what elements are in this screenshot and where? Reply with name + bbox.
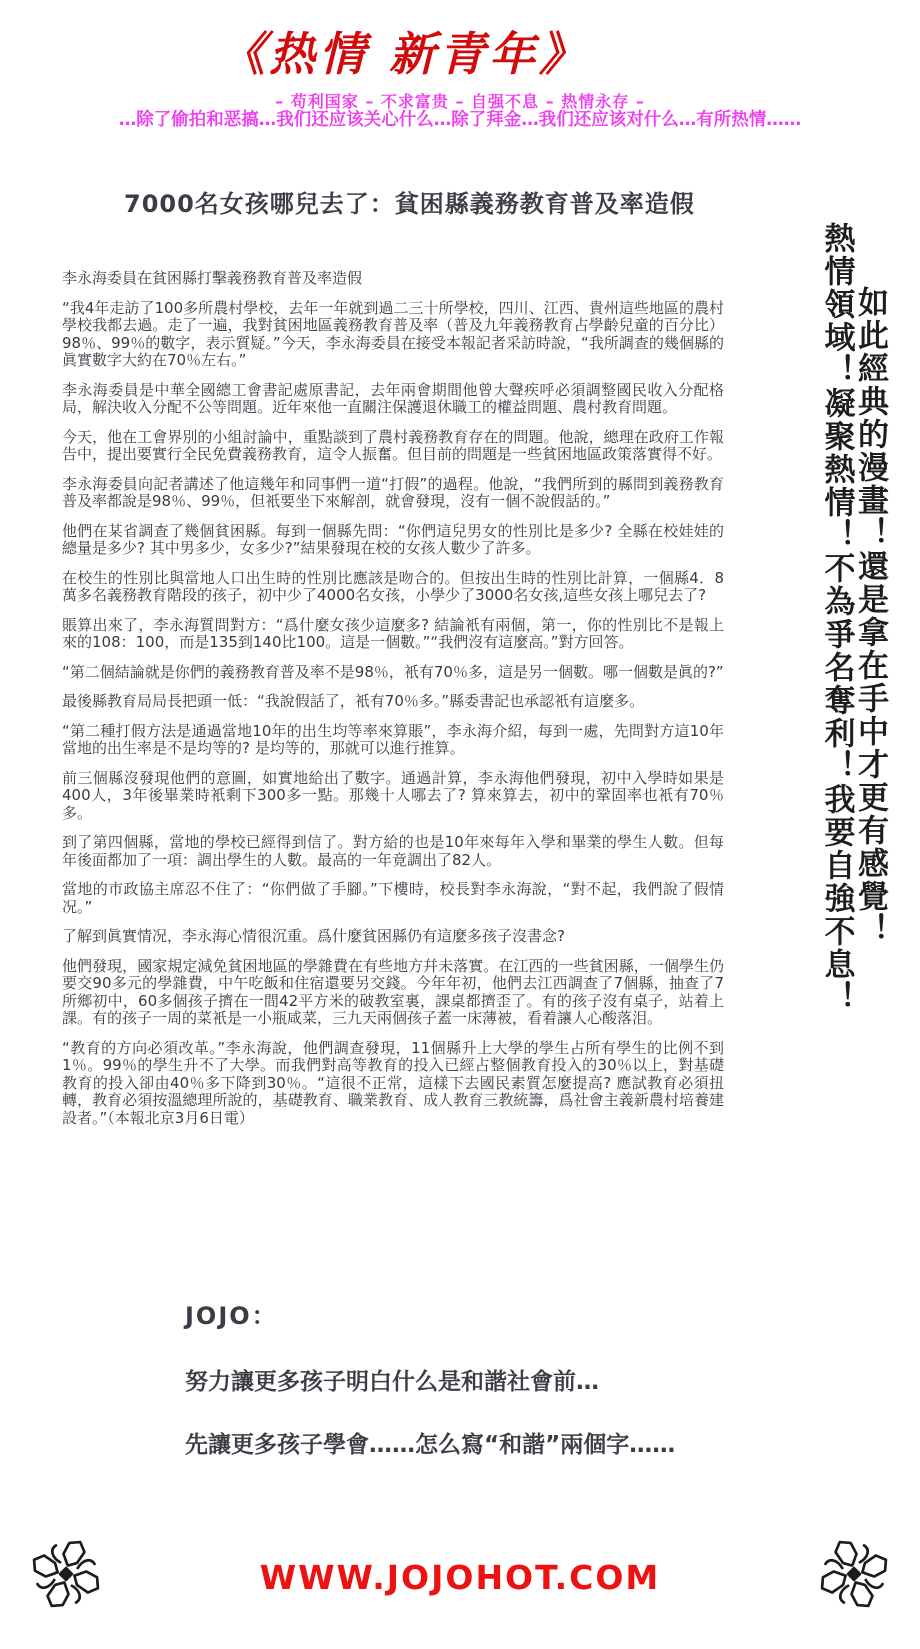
vertical-banner-left-column: 熱情領域！凝聚熱情！不為爭名奪利！我要自強不息！	[819, 222, 852, 1014]
article-paragraph: 今天，他在工會界別的小組討論中，重點談到了農村義務教育存在的問題。他說，總理在政…	[62, 429, 724, 464]
article-paragraph: 了解到眞實情况，李永海心情很沉重。爲什麼貧困縣仍有這麼多孩子沒書念?	[62, 928, 724, 946]
editor-note: JOJO： 努力讓更多孩子明白什么是和諧社會前… 先讓更多孩子學會……怎么寫“和…	[185, 1296, 675, 1459]
article-paragraph: 李永海委員是中華全國總工會書記處原書記，去年兩會期間他曾大聲疾呼必須調整國民收入…	[62, 382, 724, 417]
article-paragraph: “教育的方向必須改革。”李永海說，他們調查發現，11個縣升上大學的學生占所有學生…	[62, 1040, 724, 1128]
article-paragraph: 當地的市政協主席忍不住了：“你們做了手腳。”下樓時，校長對李永海說，“對不起，我…	[62, 881, 724, 916]
article-paragraph: 賬算出來了，李永海質問對方：“爲什麼女孩少這麼多? 結論衹有兩個，第一，你的性別…	[62, 617, 724, 652]
vertical-side-banner: 如此經典的漫畫！還是拿在手中才更有感覺！ 熱情領域！凝聚熱情！不為爭名奪利！我要…	[819, 222, 886, 1014]
article-paragraph: 最後縣教育局局長把頭一低：“我說假話了，衹有70％多。”縣委書記也承認衹有這麼多…	[62, 693, 724, 711]
article-paragraph: “第二個結論就是你們的義務教育普及率不是98％，衹有70％多，這是另一個數。哪一…	[62, 664, 724, 682]
note-line1: 努力讓更多孩子明白什么是和諧社會前…	[185, 1363, 675, 1396]
note-salutation: JOJO：	[185, 1296, 675, 1331]
comic-credit-page: 《热情 新青年》 – 苟利国家 – 不求富贵 – 自强不息 – 热情永存 – ……	[0, 0, 920, 1649]
article-paragraph: 他們發現，國家規定減免貧困地區的學雜費在有些地方幷未落實。在江西的一些貧困縣，一…	[62, 958, 724, 1028]
article-body: 李永海委員在貧困縣打擊義務教育普及率造假 “我4年走訪了100多所農村學校，去年…	[62, 270, 724, 1139]
masthead-slogan-line2: …除了偷拍和恶搞…我们还应该关心什么…除了拜金…我们还应该对什么…有所热情……	[0, 112, 920, 130]
masthead: 《热情 新青年》 – 苟利国家 – 不求富贵 – 自强不息 – 热情永存 – ……	[0, 0, 920, 130]
vertical-banner-right-column: 如此經典的漫畫！還是拿在手中才更有感覺！	[853, 286, 886, 1014]
article-paragraph: “第二種打假方法是通過當地10年的出生均等率來算賬”，李永海介紹，每到一處，先問…	[62, 723, 724, 758]
article-paragraph: 前三個縣沒發現他們的意圖，如實地給出了數字。通過計算，李永海他們發現，初中入學時…	[62, 770, 724, 823]
website-url: WWW.JOJOHOT.COM	[0, 1558, 920, 1597]
article-paragraph: 在校生的性別比與當地人口出生時的性別比應該是吻合的。但按出生時的性別比計算，一個…	[62, 570, 724, 605]
article-paragraph: “我4年走訪了100多所農村學校，去年一年就到過二三十所學校，四川、江西、貴州這…	[62, 300, 724, 370]
note-line2: 先讓更多孩子學會……怎么寫“和諧”兩個字……	[185, 1426, 675, 1459]
article-paragraph: 到了第四個縣，當地的學校已經得到信了。對方給的也是10年來每年入學和畢業的學生人…	[62, 834, 724, 869]
article-paragraph: 李永海委員在貧困縣打擊義務教育普及率造假	[62, 270, 724, 288]
pinwheel-ornament-icon	[812, 1532, 896, 1616]
masthead-slogan-line1: – 苟利国家 – 不求富贵 – 自强不息 – 热情永存 –	[0, 94, 920, 110]
masthead-title: 《热情 新青年》	[0, 18, 864, 84]
article-paragraph: 他們在某省調查了幾個貧困縣。每到一個縣先問：“你們這兒男女的性別比是多少? 全縣…	[62, 523, 724, 558]
article-title: 7000名女孩哪兒去了：貧困縣義務教育普及率造假	[124, 184, 695, 219]
article-paragraph: 李永海委員向記者講述了他這幾年和同事們一道“打假”的過程。他說，“我們所到的縣問…	[62, 476, 724, 511]
